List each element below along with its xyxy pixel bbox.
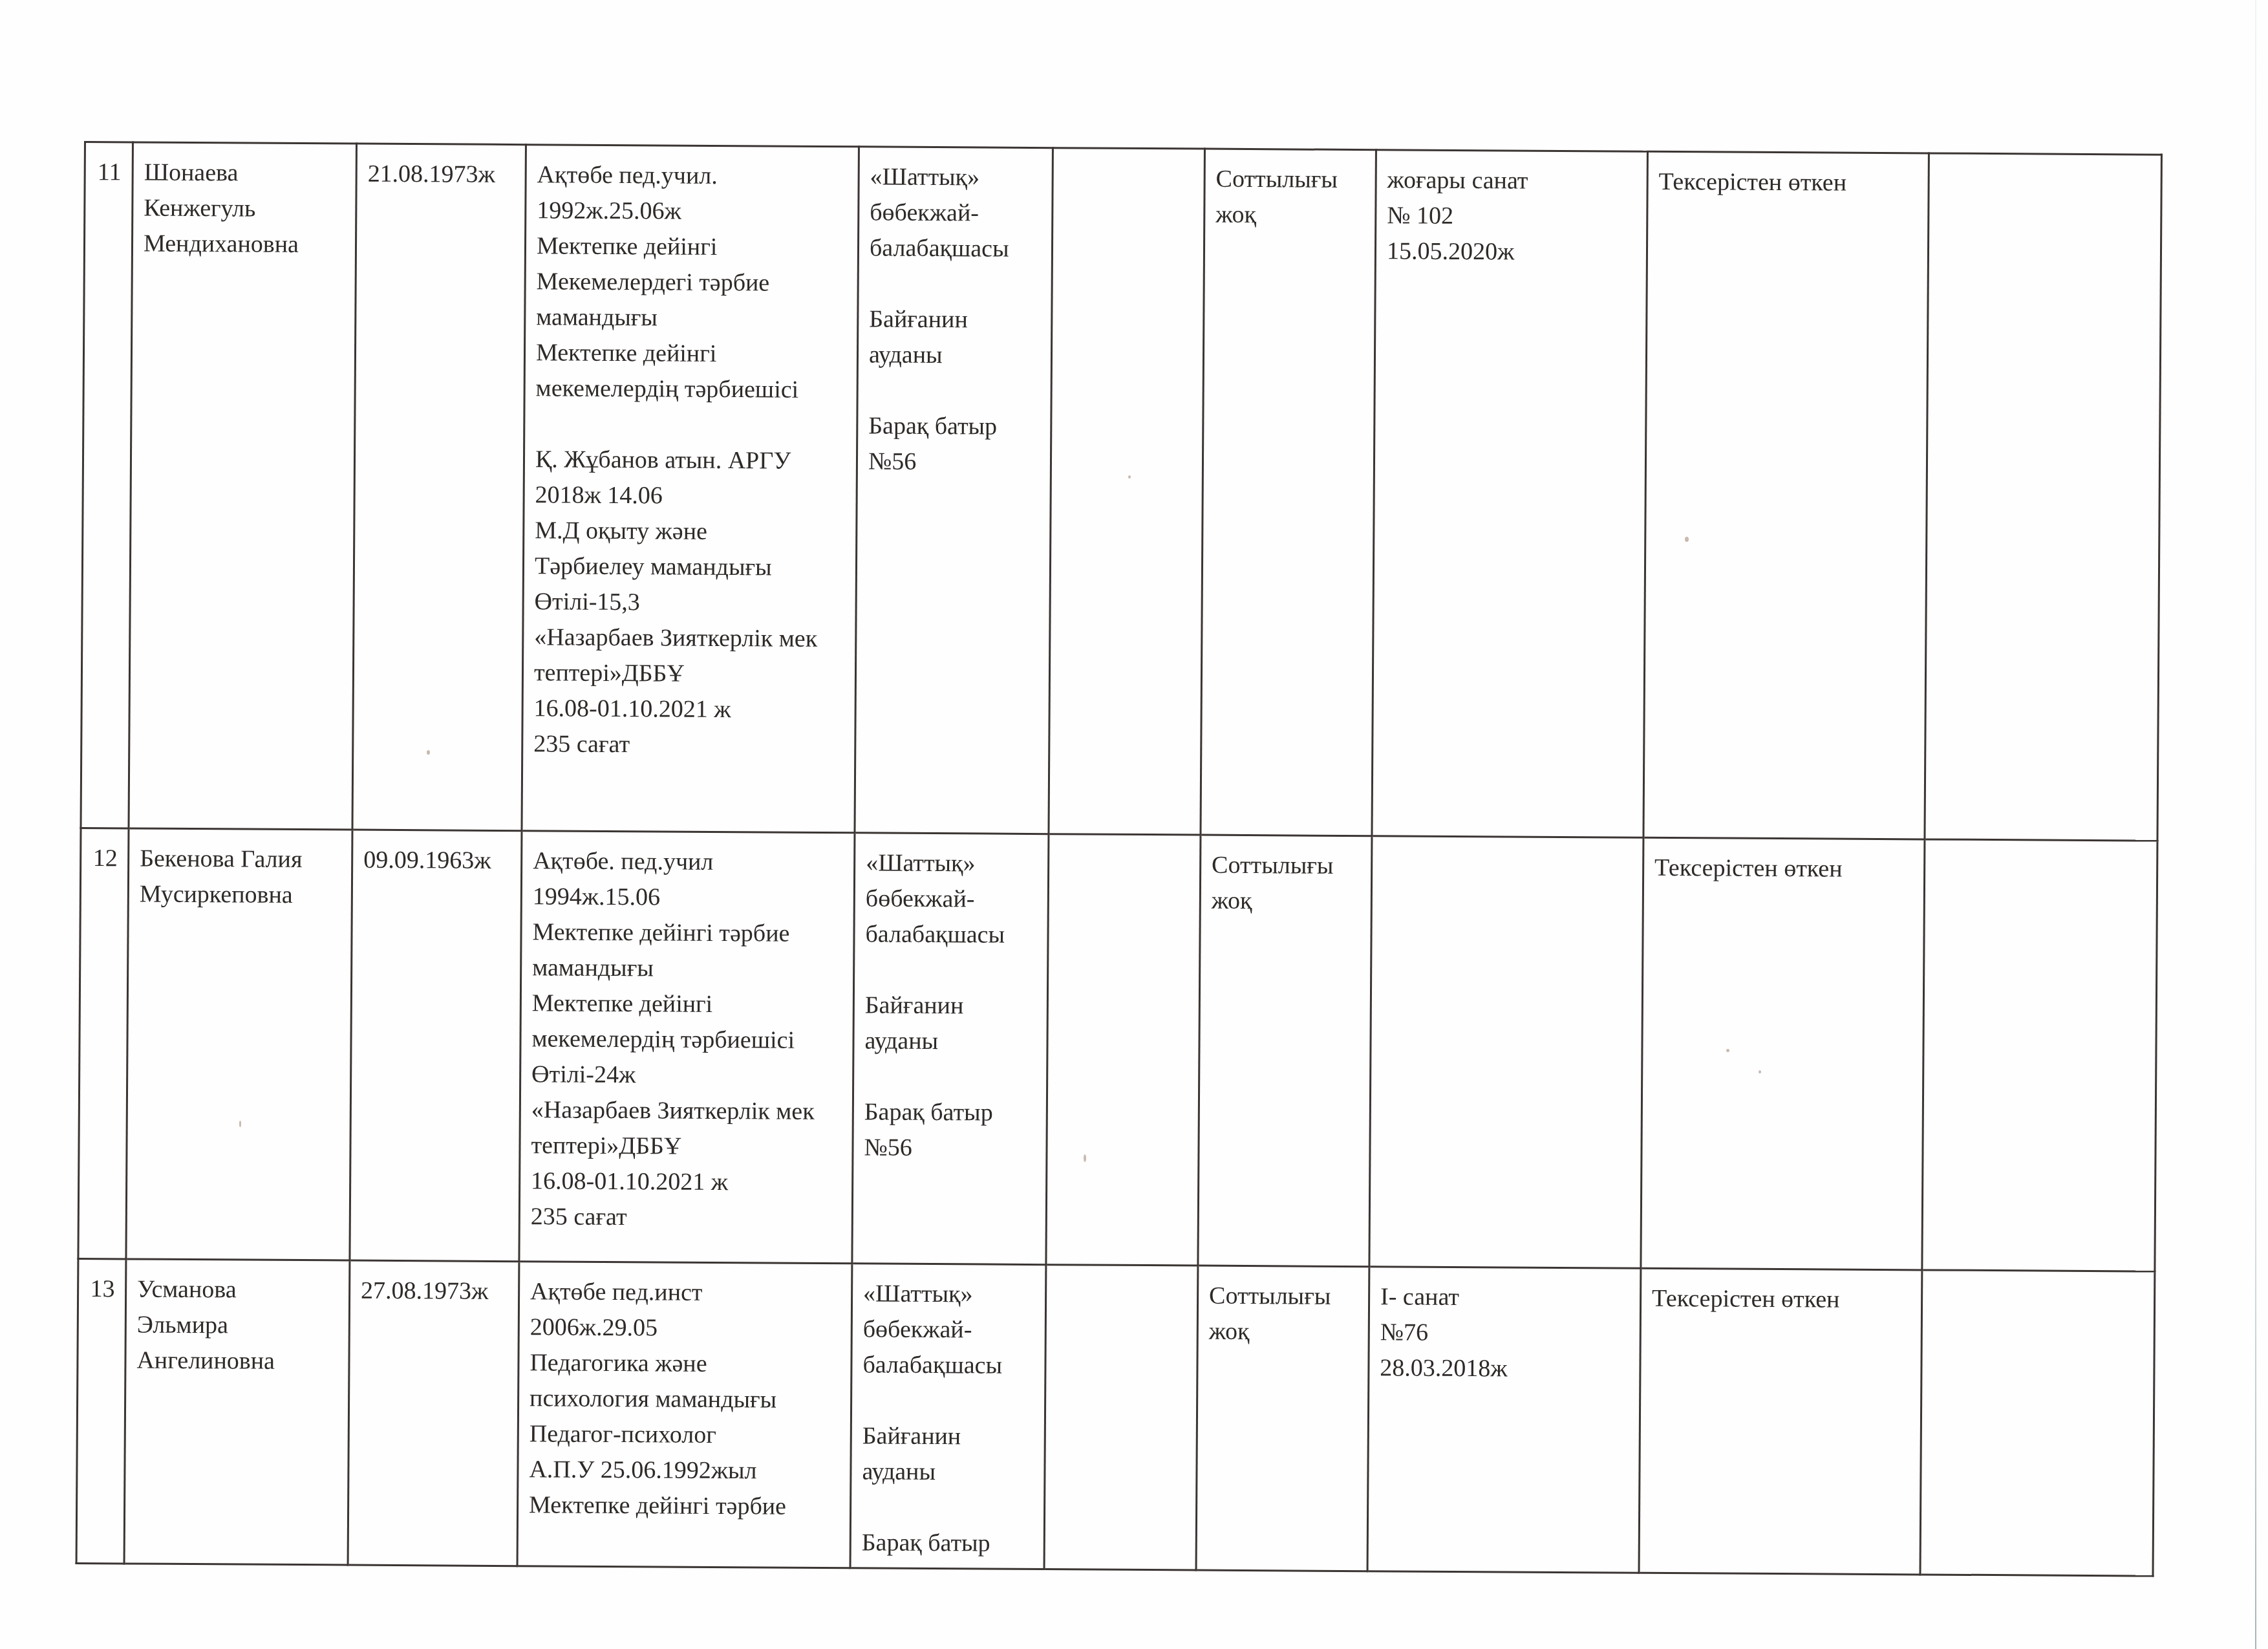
birth-date-cell: 09.09.1963ж <box>350 830 522 1262</box>
full-name-cell: Бекенова ГалияМусиркеповна <box>126 828 352 1260</box>
cell-line <box>535 406 847 444</box>
cell-line <box>862 1383 1035 1419</box>
cell-line: I- санат <box>1380 1279 1631 1316</box>
cell-line: 1992ж.25.06ж <box>537 193 848 230</box>
cell-line: Педагог-психолог <box>530 1416 841 1454</box>
cell-line: Ақтөбе пед.учил. <box>537 157 849 195</box>
cell-line: «Назарбаев Зияткерлік мек <box>531 1092 843 1130</box>
criminal-record-cell: Соттылығыжоқ <box>1198 835 1372 1267</box>
workplace-cell: «Шаттық»бөбекжай-балабақшасыБайғанинауда… <box>855 147 1053 834</box>
cell-line: Бекенова Галия <box>140 841 342 878</box>
check-status-cell: Тексерістен өткен <box>1639 1268 1922 1575</box>
row-number-text: 12 <box>92 841 118 876</box>
cell-line: Мекемелердегі тәрбие <box>537 264 848 301</box>
workplace-cell: «Шаттық»бөбекжай-балабақшасыБайғанинауда… <box>850 1264 1046 1569</box>
cell-line: жоқ <box>1209 1314 1359 1350</box>
cell-line: тептері»ДББҰ <box>534 655 846 693</box>
cell-line: 2006ж.29.05 <box>530 1309 842 1347</box>
cell-line: бөбекжай- <box>866 881 1038 918</box>
cell-line: Мектепке дейінгі <box>532 986 844 1023</box>
cell-line: М.Д оқыту және <box>535 513 846 550</box>
cell-line: тептері»ДББҰ <box>531 1128 842 1165</box>
qualification-category-cell: I- санат№7628.03.2018ж <box>1367 1267 1641 1573</box>
row-number-cell: 11 <box>81 142 133 828</box>
check-status-text: Тексерістен өткен <box>1652 1281 1912 1318</box>
cell-line <box>864 1059 1037 1095</box>
cell-line: Кенжегуль <box>144 191 346 228</box>
cell-line: 235 сағат <box>531 1199 842 1236</box>
cell-line: 1994ж.15.06 <box>533 879 844 916</box>
cell-line: 2018ж 14.06 <box>535 477 846 515</box>
birth-date-cell: 27.08.1973ж <box>348 1260 519 1566</box>
empty-last-text <box>1940 166 2152 167</box>
cell-line: жоғары санат <box>1387 162 1637 199</box>
cell-line: Байғанин <box>865 987 1038 1024</box>
cell-line <box>870 266 1042 303</box>
cell-line: Ақтөбе пед.инст <box>530 1274 842 1311</box>
empty-last-text <box>1933 1283 2145 1284</box>
cell-line: бөбекжай- <box>870 195 1042 232</box>
empty-last-cell <box>1922 839 2157 1271</box>
cell-line: «Шаттық» <box>863 1276 1036 1313</box>
birth-date-text: 27.08.1973ж <box>361 1273 509 1309</box>
check-status-text: Тексерістен өткен <box>1658 164 1918 201</box>
cell-line: №56 <box>864 1130 1036 1167</box>
row-number-cell: 13 <box>76 1258 126 1563</box>
cell-line: Тәрбиелеу мамандығы <box>535 548 846 586</box>
cell-line: Мектепке дейінгі <box>536 335 848 372</box>
cell-line: Барақ батыр <box>862 1525 1034 1562</box>
cell-line: Байғанин <box>869 301 1042 338</box>
education-cell: Ақтөбе. пед.учил1994ж.15.06Мектепке дейі… <box>519 831 855 1264</box>
cell-line <box>868 372 1041 409</box>
cell-line: 15.05.2020ж <box>1387 233 1637 270</box>
cell-line: № 102 <box>1387 198 1637 235</box>
row-number-text: 13 <box>89 1271 116 1307</box>
cell-line: Соттылығы <box>1212 848 1362 884</box>
table-row: 13 УсмановаЭльмираАнгелиновна 27.08.1973… <box>76 1258 2155 1576</box>
cell-line: 16.08-01.10.2021 ж <box>531 1163 842 1201</box>
cell-line: ауданы <box>862 1454 1034 1491</box>
cell-line: Мусиркеповна <box>140 877 342 914</box>
cell-line: жоқ <box>1215 197 1365 233</box>
workplace-cell: «Шаттық»бөбекжай-балабақшасыБайғанинауда… <box>852 833 1049 1265</box>
register-body: 11 ШонаеваКенжегульМендихановна 21.08.19… <box>76 142 2161 1577</box>
cell-line: Ангелиновна <box>136 1343 339 1380</box>
empty-text <box>1064 160 1195 161</box>
full-name-cell: УсмановаЭльмираАнгелиновна <box>124 1259 350 1565</box>
cell-line: 28.03.2018ж <box>1380 1350 1630 1387</box>
cell-line: 16.08-01.10.2021 ж <box>533 691 845 728</box>
cell-line: Байғанин <box>862 1418 1035 1455</box>
cell-line: Барақ батыр <box>868 408 1041 445</box>
empty-cell <box>1049 148 1204 835</box>
cell-line: Соттылығы <box>1216 162 1366 198</box>
empty-cell <box>1044 1265 1198 1570</box>
cell-line: мамандығы <box>532 950 844 987</box>
empty-last-text <box>1936 852 2147 854</box>
birth-date-cell: 21.08.1973ж <box>352 144 526 831</box>
cell-line: №56 <box>868 444 1041 480</box>
cell-line: «Шаттық» <box>866 845 1038 882</box>
table-row: 12 Бекенова ГалияМусиркеповна 09.09.1963… <box>78 828 2157 1271</box>
cell-line: Ақтөбе. пед.учил <box>533 843 844 881</box>
cell-line: балабақшасы <box>870 230 1042 267</box>
birth-date-text: 09.09.1963ж <box>363 843 511 879</box>
scanner-edge-shadow <box>2255 0 2256 1649</box>
cell-line: Педагогика және <box>530 1345 841 1383</box>
cell-line <box>862 1489 1034 1526</box>
education-cell: Ақтөбе пед.учил.1992ж.25.06жМектепке дей… <box>522 145 859 833</box>
cell-line: Мендихановна <box>144 226 346 263</box>
cell-line: психология мамандығы <box>530 1381 841 1418</box>
cell-line: Соттылығы <box>1209 1278 1359 1315</box>
cell-line: мекемелердің тәрбиешісі <box>536 371 848 408</box>
cell-line: «Назарбаев Зияткерлік мек <box>534 620 846 657</box>
cell-line: «Шаттық» <box>870 159 1043 196</box>
cell-line: балабақшасы <box>862 1347 1035 1384</box>
cell-line: 235 сағат <box>533 726 845 764</box>
criminal-record-cell: Соттылығыжоқ <box>1196 1266 1369 1571</box>
cell-line: Мектепке дейінгі тәрбие <box>529 1487 840 1525</box>
cell-line: бөбекжай- <box>863 1311 1036 1348</box>
staff-register-table: 11 ШонаеваКенжегульМендихановна 21.08.19… <box>76 141 2163 1577</box>
row-number-cell: 12 <box>78 828 129 1258</box>
cell-line: Барақ батыр <box>864 1094 1037 1131</box>
cell-line: ауданы <box>864 1023 1037 1060</box>
cell-line: балабақшасы <box>865 916 1038 953</box>
full-name-cell: ШонаеваКенжегульМендихановна <box>129 142 356 830</box>
cell-line <box>865 952 1038 989</box>
cell-line: Эльмира <box>137 1308 339 1344</box>
cell-line: мамандығы <box>536 299 848 337</box>
cell-line: Шонаева <box>144 155 347 192</box>
empty-cell <box>1046 834 1201 1266</box>
scanned-page: 11 ШонаеваКенжегульМендихановна 21.08.19… <box>0 0 2268 1649</box>
birth-date-text: 21.08.1973ж <box>368 156 516 193</box>
cell-line: Усманова <box>137 1272 339 1309</box>
table-row: 11 ШонаеваКенжегульМендихановна 21.08.19… <box>81 142 2161 841</box>
check-status-cell: Тексерістен өткен <box>1643 151 1929 839</box>
cell-line: Өтілі-15,3 <box>534 584 846 621</box>
cell-line: жоқ <box>1212 883 1362 920</box>
cell-line: ауданы <box>869 337 1042 374</box>
cell-line: Қ. Жұбанов атын. АРГУ <box>535 442 847 479</box>
empty-text <box>1057 1277 1188 1278</box>
cell-line: Мектепке дейінгі тәрбие <box>532 914 844 952</box>
empty-last-cell <box>1925 153 2161 841</box>
empty-text <box>1060 846 1190 847</box>
cell-line: №76 <box>1380 1315 1631 1352</box>
education-cell: Ақтөбе пед.инст2006ж.29.05Педагогика жән… <box>517 1262 852 1568</box>
cell-line: А.П.У 25.06.1992жыл <box>529 1452 840 1489</box>
cell-line: Мектепке дейінгі <box>537 228 848 266</box>
check-status-text: Тексерістен өткен <box>1654 850 1914 887</box>
empty-last-cell <box>1920 1270 2155 1576</box>
check-status-cell: Тексерістен өткен <box>1641 837 1925 1270</box>
qualification-category-cell <box>1369 836 1643 1269</box>
register-table-container: 11 ШонаеваКенжегульМендихановна 21.08.19… <box>76 141 2161 1577</box>
row-number-text: 11 <box>96 155 123 190</box>
cell-line: мекемелердің тәрбиешісі <box>531 1021 843 1059</box>
cell-line: Өтілі-24ж <box>531 1057 843 1094</box>
qualification-category-cell: жоғары санат№ 10215.05.2020ж <box>1372 150 1647 838</box>
criminal-record-cell: Соттылығыжоқ <box>1201 149 1376 836</box>
